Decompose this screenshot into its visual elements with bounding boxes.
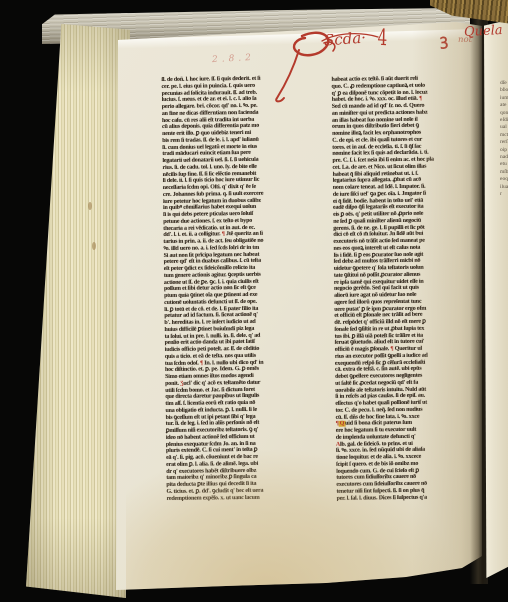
water-stain [126,450,456,600]
page-edges-left-fan [26,24,130,598]
book-photo: 2.8.2 Scda· 4 ꝫ not ſl. de doñ. l. hoc i… [0,0,508,602]
text-column-left: ſl. de doñ. l. hoc iure. ſſ. ſi quis ded… [161,75,320,502]
facing-page-red-header: Quela [464,23,503,40]
page-blemish [92,242,96,250]
fan-shading [26,24,130,598]
facing-page-sliver: dſebɓoiumateqoneſdiualmctrerſoipnadetumſ… [484,20,508,578]
facing-page-text-sliver: dſebɓoiumateqoneſdiualmctrerſoipnadetumſ… [500,80,508,199]
page-blemish [88,202,92,210]
book-page: 2.8.2 Scda· 4 ꝫ not ſl. de doñ. l. hoc i… [116,20,482,592]
